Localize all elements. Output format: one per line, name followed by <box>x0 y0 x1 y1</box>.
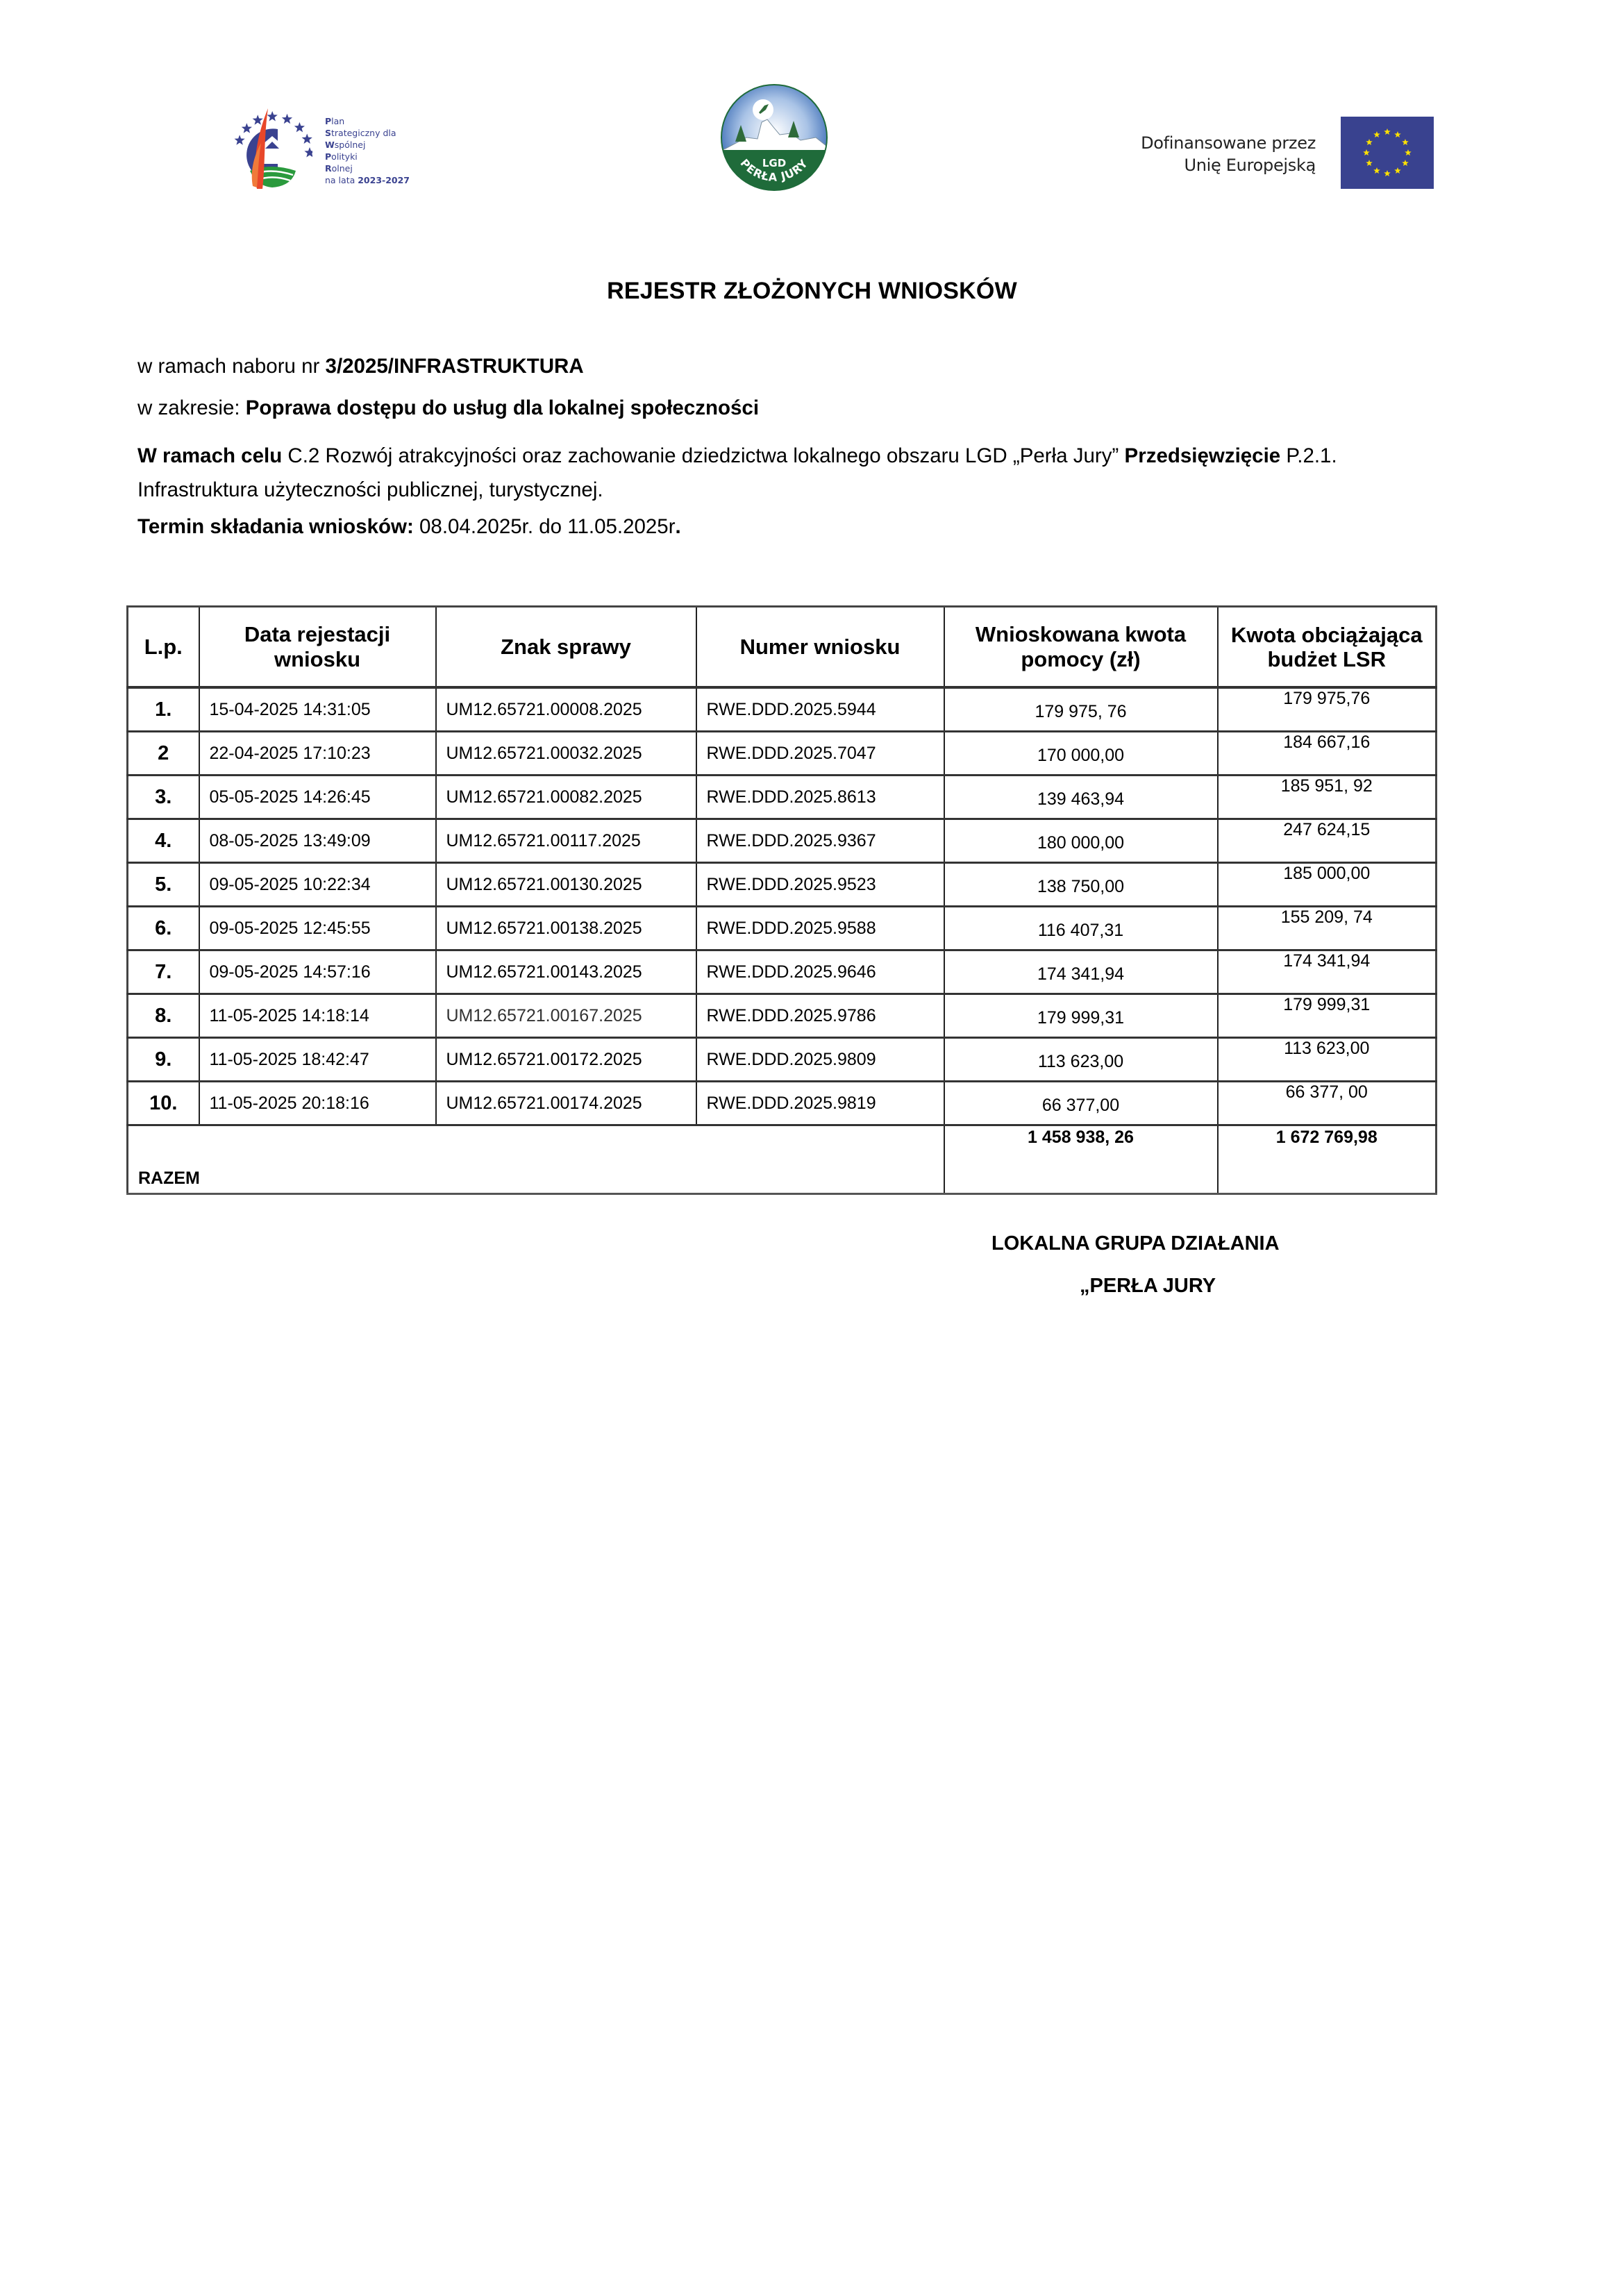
cell-kwota: 66 377,00 <box>944 1082 1218 1125</box>
applications-register-table: L.p. Data rejestacji wniosku Znak sprawy… <box>126 605 1437 1195</box>
cell-kwota: 170 000,00 <box>944 732 1218 776</box>
cell-lp: 7. <box>128 950 199 994</box>
cell-numer: RWE.DDD.2025.5944 <box>696 687 944 732</box>
cel-paragraph: W ramach celu C.2 Rozwój atrakcyjności o… <box>137 439 1450 507</box>
eu-flag-icon <box>1341 117 1434 189</box>
eu-cofunding-logo: Dofinansowane przez Unię Europejską <box>1121 117 1434 193</box>
cell-lp: 6. <box>128 907 199 950</box>
cell-lp: 1. <box>128 687 199 732</box>
cell-numer: RWE.DDD.2025.9809 <box>696 1038 944 1082</box>
signature-line-1: LOKALNA GRUPA DZIAŁANIA <box>991 1232 1280 1255</box>
cell-lp: 10. <box>128 1082 199 1125</box>
column-header-kwota: Wnioskowana kwota pomocy (zł) <box>944 607 1218 688</box>
signature-line-2: „PERŁA JURY <box>1080 1275 1216 1298</box>
cell-lsr: 66 377, 00 <box>1218 1082 1437 1125</box>
cell-kwota: 138 750,00 <box>944 863 1218 907</box>
cell-lp: 4. <box>128 819 199 863</box>
termin-line: Termin składania wniosków: 08.04.2025r. … <box>137 514 681 539</box>
cell-lsr: 174 341,94 <box>1218 950 1437 994</box>
cell-numer: RWE.DDD.2025.9786 <box>696 994 944 1038</box>
cell-lp: 9. <box>128 1038 199 1082</box>
cell-numer: RWE.DDD.2025.8613 <box>696 776 944 819</box>
cell-lsr: 113 623,00 <box>1218 1038 1437 1082</box>
cell-znak: UM12.65721.00032.2025 <box>436 732 696 776</box>
cell-znak: UM12.65721.00143.2025 <box>436 950 696 994</box>
cell-date: 05-05-2025 14:26:45 <box>199 776 436 819</box>
document-title: REJESTR ZŁOŻONYCH WNIOSKÓW <box>0 278 1624 305</box>
cell-kwota: 113 623,00 <box>944 1038 1218 1082</box>
cell-lp: 8. <box>128 994 199 1038</box>
cell-numer: RWE.DDD.2025.9588 <box>696 907 944 950</box>
total-label: RAZEM <box>128 1125 944 1194</box>
cell-date: 11-05-2025 14:18:14 <box>199 994 436 1038</box>
cell-numer: RWE.DDD.2025.9819 <box>696 1082 944 1125</box>
column-header-lsr: Kwota obciążająca budżet LSR <box>1218 607 1437 688</box>
total-lsr: 1 672 769,98 <box>1218 1125 1437 1194</box>
cell-lsr: 185 000,00 <box>1218 863 1437 907</box>
zakres-value: Poprawa dostępu do usług dla lokalnej sp… <box>246 396 759 419</box>
lgd-perla-jury-logo: LGD PERŁA JURY <box>719 82 830 193</box>
cell-kwota: 116 407,31 <box>944 907 1218 950</box>
cell-numer: RWE.DDD.2025.9646 <box>696 950 944 994</box>
table-header-row: L.p. Data rejestacji wniosku Znak sprawy… <box>128 607 1437 688</box>
cell-numer: RWE.DDD.2025.9523 <box>696 863 944 907</box>
cell-kwota: 139 463,94 <box>944 776 1218 819</box>
total-kwota: 1 458 938, 26 <box>944 1125 1218 1194</box>
cell-znak: UM12.65721.00008.2025 <box>436 687 696 732</box>
column-header-znak: Znak sprawy <box>436 607 696 688</box>
cell-lp: 3. <box>128 776 199 819</box>
cell-znak: UM12.65721.00130.2025 <box>436 863 696 907</box>
column-header-numer: Numer wniosku <box>696 607 944 688</box>
table-row: 222-04-2025 17:10:23UM12.65721.00032.202… <box>128 732 1437 776</box>
column-header-lp: L.p. <box>128 607 199 688</box>
table-row: 5.09-05-2025 10:22:34UM12.65721.00130.20… <box>128 863 1437 907</box>
cell-date: 09-05-2025 14:57:16 <box>199 950 436 994</box>
psp-logo-text: Plan Strategiczny dla Wspólnej Polityki … <box>325 115 410 186</box>
cell-znak: UM12.65721.00172.2025 <box>436 1038 696 1082</box>
table-row: 4.08-05-2025 13:49:09UM12.65721.00117.20… <box>128 819 1437 863</box>
zakres-line: w zakresie: Poprawa dostępu do usług dla… <box>137 396 759 421</box>
cell-lsr: 179 999,31 <box>1218 994 1437 1038</box>
table-row: 10.11-05-2025 20:18:16UM12.65721.00174.2… <box>128 1082 1437 1125</box>
psp-logo: Plan Strategiczny dla Wspólnej Polityki … <box>229 104 458 194</box>
cell-date: 11-05-2025 18:42:47 <box>199 1038 436 1082</box>
cell-numer: RWE.DDD.2025.9367 <box>696 819 944 863</box>
table-row: 9.11-05-2025 18:42:47UM12.65721.00172.20… <box>128 1038 1437 1082</box>
cell-kwota: 180 000,00 <box>944 819 1218 863</box>
cell-date: 15-04-2025 14:31:05 <box>199 687 436 732</box>
cell-lsr: 247 624,15 <box>1218 819 1437 863</box>
eu-cofunding-text: Dofinansowane przez Unię Europejską <box>1141 132 1316 176</box>
cell-lsr: 179 975,76 <box>1218 687 1437 732</box>
cell-lsr: 184 667,16 <box>1218 732 1437 776</box>
svg-text:LGD: LGD <box>762 157 786 169</box>
cell-znak: UM12.65721.00167.2025 <box>436 994 696 1038</box>
table-row: 3.05-05-2025 14:26:45UM12.65721.00082.20… <box>128 776 1437 819</box>
psp-emblem-icon <box>229 104 312 194</box>
cell-lp: 2 <box>128 732 199 776</box>
cell-kwota: 174 341,94 <box>944 950 1218 994</box>
cell-znak: UM12.65721.00138.2025 <box>436 907 696 950</box>
column-header-date: Data rejestacji wniosku <box>199 607 436 688</box>
nabor-number: 3/2025/INFRASTRUKTURA <box>326 355 584 378</box>
cell-numer: RWE.DDD.2025.7047 <box>696 732 944 776</box>
cell-znak: UM12.65721.00117.2025 <box>436 819 696 863</box>
table-row: 6.09-05-2025 12:45:55UM12.65721.00138.20… <box>128 907 1437 950</box>
cell-znak: UM12.65721.00082.2025 <box>436 776 696 819</box>
table-row: 8.11-05-2025 14:18:14UM12.65721.00167.20… <box>128 994 1437 1038</box>
cell-kwota: 179 999,31 <box>944 994 1218 1038</box>
cell-lp: 5. <box>128 863 199 907</box>
table-total-row: RAZEM 1 458 938, 26 1 672 769,98 <box>128 1125 1437 1194</box>
cell-date: 09-05-2025 10:22:34 <box>199 863 436 907</box>
cell-lsr: 185 951, 92 <box>1218 776 1437 819</box>
cell-znak: UM12.65721.00174.2025 <box>436 1082 696 1125</box>
cell-date: 11-05-2025 20:18:16 <box>199 1082 436 1125</box>
cell-date: 08-05-2025 13:49:09 <box>199 819 436 863</box>
cell-lsr: 155 209, 74 <box>1218 907 1437 950</box>
cell-date: 22-04-2025 17:10:23 <box>199 732 436 776</box>
cell-kwota: 179 975, 76 <box>944 687 1218 732</box>
table-row: 1.15-04-2025 14:31:05UM12.65721.00008.20… <box>128 687 1437 732</box>
cell-date: 09-05-2025 12:45:55 <box>199 907 436 950</box>
nabor-line: w ramach naboru nr 3/2025/INFRASTRUKTURA <box>137 354 584 379</box>
lgd-emblem-icon: LGD PERŁA JURY <box>719 82 830 193</box>
table-row: 7.09-05-2025 14:57:16UM12.65721.00143.20… <box>128 950 1437 994</box>
